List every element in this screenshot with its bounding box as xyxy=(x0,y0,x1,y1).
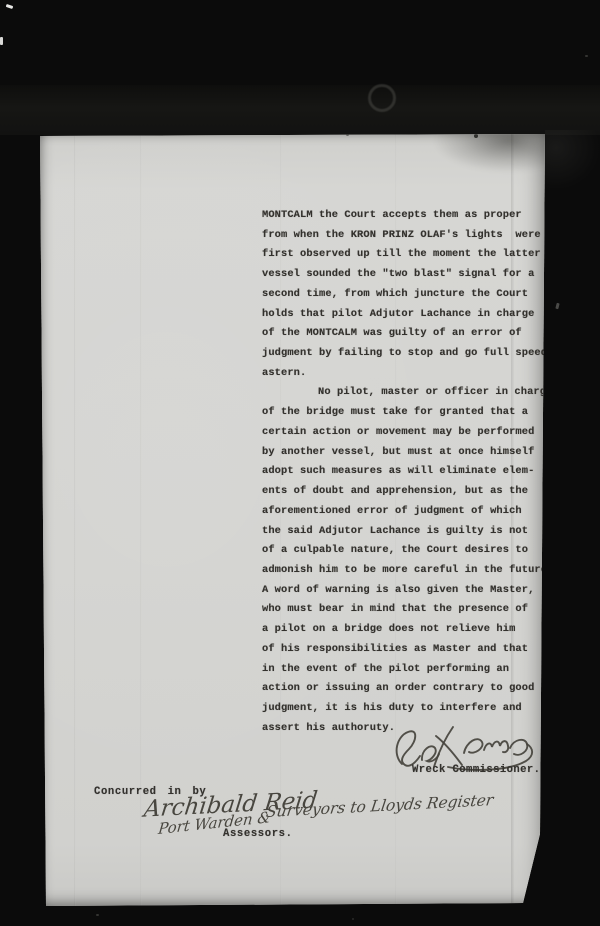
typed-line: admonish him to be more careful in the f… xyxy=(262,561,562,581)
typed-line: vessel sounded the "two blast" signal fo… xyxy=(262,265,562,285)
typed-line: of a culpable nature, the Court desires … xyxy=(262,541,562,561)
film-speck xyxy=(96,914,99,916)
film-scratch xyxy=(0,37,3,45)
film-scratch xyxy=(6,4,14,9)
paper-crease xyxy=(74,134,76,906)
typed-line: first observed up till the moment the la… xyxy=(262,245,562,265)
typed-lines: MONTCALM the Court accepts them as prope… xyxy=(262,206,562,738)
typed-line: action or issuing an order contrary to g… xyxy=(262,679,562,699)
typed-line: who must bear in mind that the presence … xyxy=(262,600,562,620)
typed-line: of the bridge must take for granted that… xyxy=(262,403,562,423)
scan-light-band xyxy=(0,85,600,135)
typed-line: adopt such measures as will eliminate el… xyxy=(262,462,562,482)
typed-line: a pilot on a bridge does not relieve him xyxy=(262,620,562,640)
typed-line: from when the KRON PRINZ OLAF's lights w… xyxy=(262,226,562,246)
typed-line: judgment, it is his duty to interfere an… xyxy=(262,699,562,719)
typed-line: second time, from which juncture the Cou… xyxy=(262,285,562,305)
typed-line: ents of doubt and apprehension, but as t… xyxy=(262,482,562,502)
typed-line: astern. xyxy=(262,364,562,384)
typed-line: the said Adjutor Lachance is guilty is n… xyxy=(262,522,562,542)
typed-line: of his responsibilities as Master and th… xyxy=(262,640,562,660)
typed-line: by another vessel, but must at once hims… xyxy=(262,443,562,463)
typed-line: No pilot, master or officer in charge xyxy=(262,383,562,403)
typed-line: aforementioned error of judgment of whic… xyxy=(262,502,562,522)
film-speck xyxy=(352,918,354,920)
assessors-label: Assessors. xyxy=(223,828,293,840)
wreck-commissioner-title: Wreck Commissioner. xyxy=(412,764,540,776)
microfilm-scan: MONTCALM the Court accepts them as prope… xyxy=(0,0,600,926)
typed-line: MONTCALM the Court accepts them as prope… xyxy=(262,206,562,226)
typed-line: of the MONTCALM was guilty of an error o… xyxy=(262,324,562,344)
film-speck xyxy=(585,55,588,57)
film-speck xyxy=(555,303,559,310)
typed-line: holds that pilot Adjutor Lachance in cha… xyxy=(262,305,562,325)
punch-hole-mark xyxy=(368,84,396,112)
document-page: MONTCALM the Court accepts them as prope… xyxy=(40,134,545,906)
paper-stain xyxy=(435,130,550,172)
typed-line: A word of warning is also given the Mast… xyxy=(262,581,562,601)
scan-glow xyxy=(545,130,600,190)
typed-line: certain action or movement may be perfor… xyxy=(262,423,562,443)
paper-speck xyxy=(474,134,478,138)
typed-line: in the event of the pilot performing an xyxy=(262,660,562,680)
typed-line: judgment by failing to stop and go full … xyxy=(262,344,562,364)
